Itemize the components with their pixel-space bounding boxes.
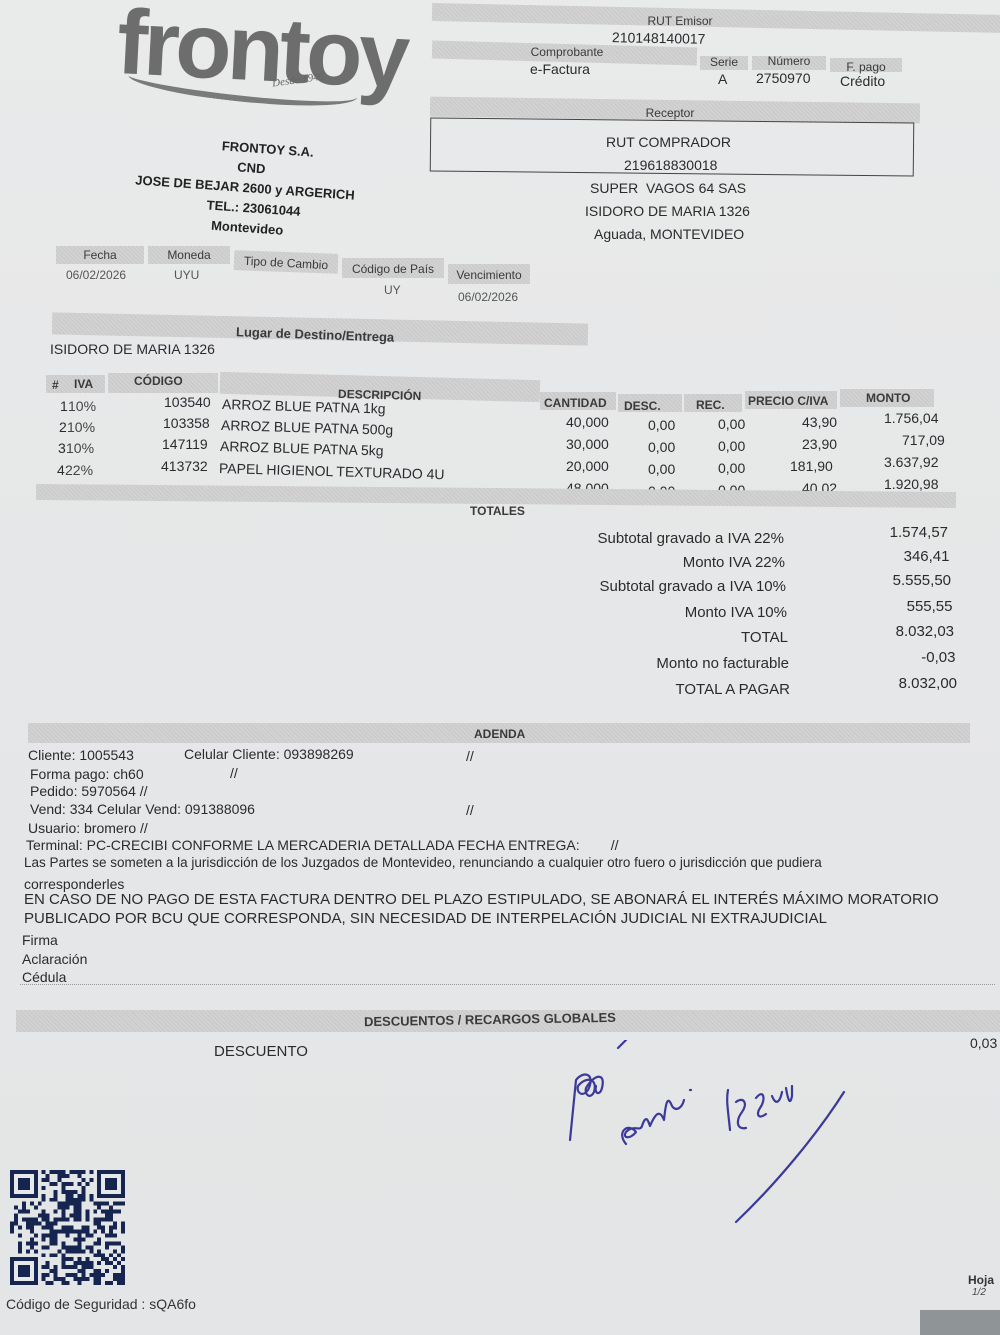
total-value: 1.574,57 — [828, 524, 948, 541]
adenda-interes-2: PUBLICADO POR BCU QUE CORRESPONDA, SIN N… — [24, 910, 827, 927]
item-iva: 10% — [68, 398, 96, 414]
col-iva: IVA — [74, 377, 93, 391]
total-value: -0,03 — [836, 649, 956, 666]
item-desc: 0,00 — [648, 417, 675, 433]
moneda-value: UYU — [174, 268, 199, 282]
item-monto: 3.637,92 — [884, 454, 939, 470]
rut-emisor: 210148140017 — [612, 29, 706, 47]
item-precio: 23,90 — [802, 436, 837, 452]
total-label: TOTAL — [528, 629, 788, 646]
adenda-terminal: Terminal: PC-CRECIBI CONFORME LA MERCADE… — [26, 837, 619, 853]
total-label: Monto no facturable — [529, 655, 789, 672]
adenda-label: ADENDA — [474, 727, 525, 741]
adenda-vend: Vend: 334 Celular Vend: 091388096 — [30, 801, 255, 817]
adenda-celular-cliente: Celular Cliente: 093898269 — [184, 746, 354, 762]
adenda-aclaracion: Aclaración — [22, 951, 87, 967]
adenda-sep-3: // — [466, 802, 474, 818]
adenda-juris-2: corresponderles — [24, 876, 124, 892]
adenda-divider — [20, 984, 995, 985]
total-value: 555,55 — [833, 598, 953, 615]
total-value: 346,41 — [830, 548, 950, 565]
total-label: Subtotal gravado a IVA 10% — [526, 578, 786, 595]
col-precio: PRECIO C/IVA — [748, 394, 828, 408]
fecha-label: Fecha — [56, 248, 144, 262]
descuento-value: 0,03 — [970, 1035, 997, 1051]
rut-emisor-label: RUT Emisor — [600, 14, 760, 28]
fpago-label: F. pago — [830, 60, 902, 74]
item-descripcion: PAPEL HIGIENOL TEXTURADO 4U — [219, 460, 445, 482]
adenda-cliente: Cliente: 1005543 — [28, 747, 134, 763]
col-codigo: CÓDIGO — [134, 374, 183, 388]
item-desc: 0,00 — [648, 461, 675, 477]
numero-label: Número — [752, 54, 826, 68]
total-label: Monto IVA 10% — [527, 604, 787, 621]
item-iva: 22% — [65, 462, 93, 478]
receptor-rut-label: RUT COMPRADOR — [606, 134, 731, 150]
item-codigo: 413732 — [161, 458, 208, 474]
adenda-firma: Firma — [22, 932, 58, 948]
destino-value: ISIDORO DE MARIA 1326 — [50, 341, 215, 357]
item-monto: 717,09 — [902, 432, 945, 448]
issuer-block: FRONTOY S.A. CND JOSE DE BEJAR 2600 y AR… — [97, 128, 393, 248]
fecha-value: 06/02/2026 — [66, 268, 126, 282]
total-label: Subtotal gravado a IVA 22% — [524, 530, 784, 547]
comprobante-type: e-Factura — [530, 61, 590, 77]
item-cantidad: 30,000 — [566, 436, 609, 452]
receptor-city: Aguada, MONTEVIDEO — [594, 226, 744, 242]
adenda-usuario: Usuario: bromero // — [28, 820, 148, 836]
item-iva: 10% — [66, 440, 94, 456]
adenda-forma-pago: Forma pago: ch60 — [30, 766, 144, 782]
receptor-address: ISIDORO DE MARIA 1326 — [585, 203, 750, 219]
total-value: 5.555,50 — [831, 572, 951, 589]
item-num: 3 — [58, 440, 66, 456]
comprobante-label: Comprobante — [512, 45, 622, 59]
receptor-name: SUPER VAGOS 64 SAS — [590, 180, 746, 196]
item-monto: 1.756,04 — [884, 410, 939, 426]
item-desc: 0,00 — [648, 439, 675, 455]
adenda-cedula: Cédula — [22, 969, 66, 985]
item-rec: 0,00 — [718, 438, 745, 454]
venc-value: 06/02/2026 — [458, 290, 518, 304]
col-num: # — [52, 378, 59, 392]
page-label: Hoja — [968, 1273, 994, 1287]
item-rec: 0,00 — [718, 416, 745, 432]
qr-code — [10, 1165, 125, 1290]
fpago-value: Crédito — [840, 73, 885, 89]
item-cantidad: 40,000 — [566, 414, 609, 430]
item-descripcion: ARROZ BLUE PATNA 1kg — [222, 396, 386, 417]
item-rec: 0,00 — [718, 460, 745, 476]
serie-value: A — [718, 71, 727, 87]
page-number: 1/2 — [972, 1287, 986, 1298]
item-codigo: 103358 — [163, 415, 210, 431]
item-iva: 10% — [67, 419, 95, 435]
security-code: Código de Seguridad : sQA6fo — [6, 1296, 196, 1312]
receptor-label: Receptor — [600, 106, 740, 120]
pais-label: Código de País — [342, 262, 444, 276]
adenda-juris-1: Las Partes se someten a la jurisdicción … — [24, 855, 822, 870]
total-label: Monto IVA 22% — [525, 554, 785, 571]
item-num: 4 — [57, 462, 65, 478]
descuento-item: DESCUENTO — [214, 1043, 308, 1060]
totales-label: TOTALES — [470, 504, 525, 518]
receptor-rut: 219618830018 — [624, 157, 717, 173]
adenda-sep-2: // — [230, 765, 238, 781]
item-descripcion: ARROZ BLUE PATNA 500g — [221, 417, 394, 438]
item-num: 2 — [59, 419, 67, 435]
col-desc: DESC. — [624, 399, 661, 413]
serie-label: Serie — [700, 55, 748, 69]
col-cantidad: CANTIDAD — [544, 396, 607, 410]
total-label: TOTAL A PAGAR — [530, 681, 790, 698]
item-monto: 1.920,98 — [884, 476, 939, 492]
item-codigo: 103540 — [164, 394, 211, 410]
adenda-interes-1: EN CASO DE NO PAGO DE ESTA FACTURA DENTR… — [24, 891, 939, 908]
pais-value: UY — [384, 283, 401, 297]
col-rec: REC. — [696, 398, 725, 412]
adenda-sep-1: // — [466, 748, 474, 764]
adenda-pedido: Pedido: 5970564 // — [30, 783, 148, 799]
venc-label: Vencimiento — [448, 268, 530, 282]
total-value: 8.032,03 — [834, 623, 954, 640]
item-cantidad: 20,000 — [566, 458, 609, 474]
moneda-label: Moneda — [148, 248, 230, 262]
item-precio: 181,90 — [790, 458, 833, 474]
item-codigo: 147119 — [162, 436, 208, 452]
handwritten-signature — [560, 1040, 860, 1230]
numero-value: 2750970 — [756, 70, 811, 86]
col-monto: MONTO — [866, 391, 910, 405]
table-surface — [920, 1310, 1000, 1335]
item-num: 1 — [60, 398, 68, 414]
total-value: 8.032,00 — [837, 675, 957, 692]
item-precio: 43,90 — [802, 414, 837, 430]
item-descripcion: ARROZ BLUE PATNA 5kg — [220, 438, 384, 459]
